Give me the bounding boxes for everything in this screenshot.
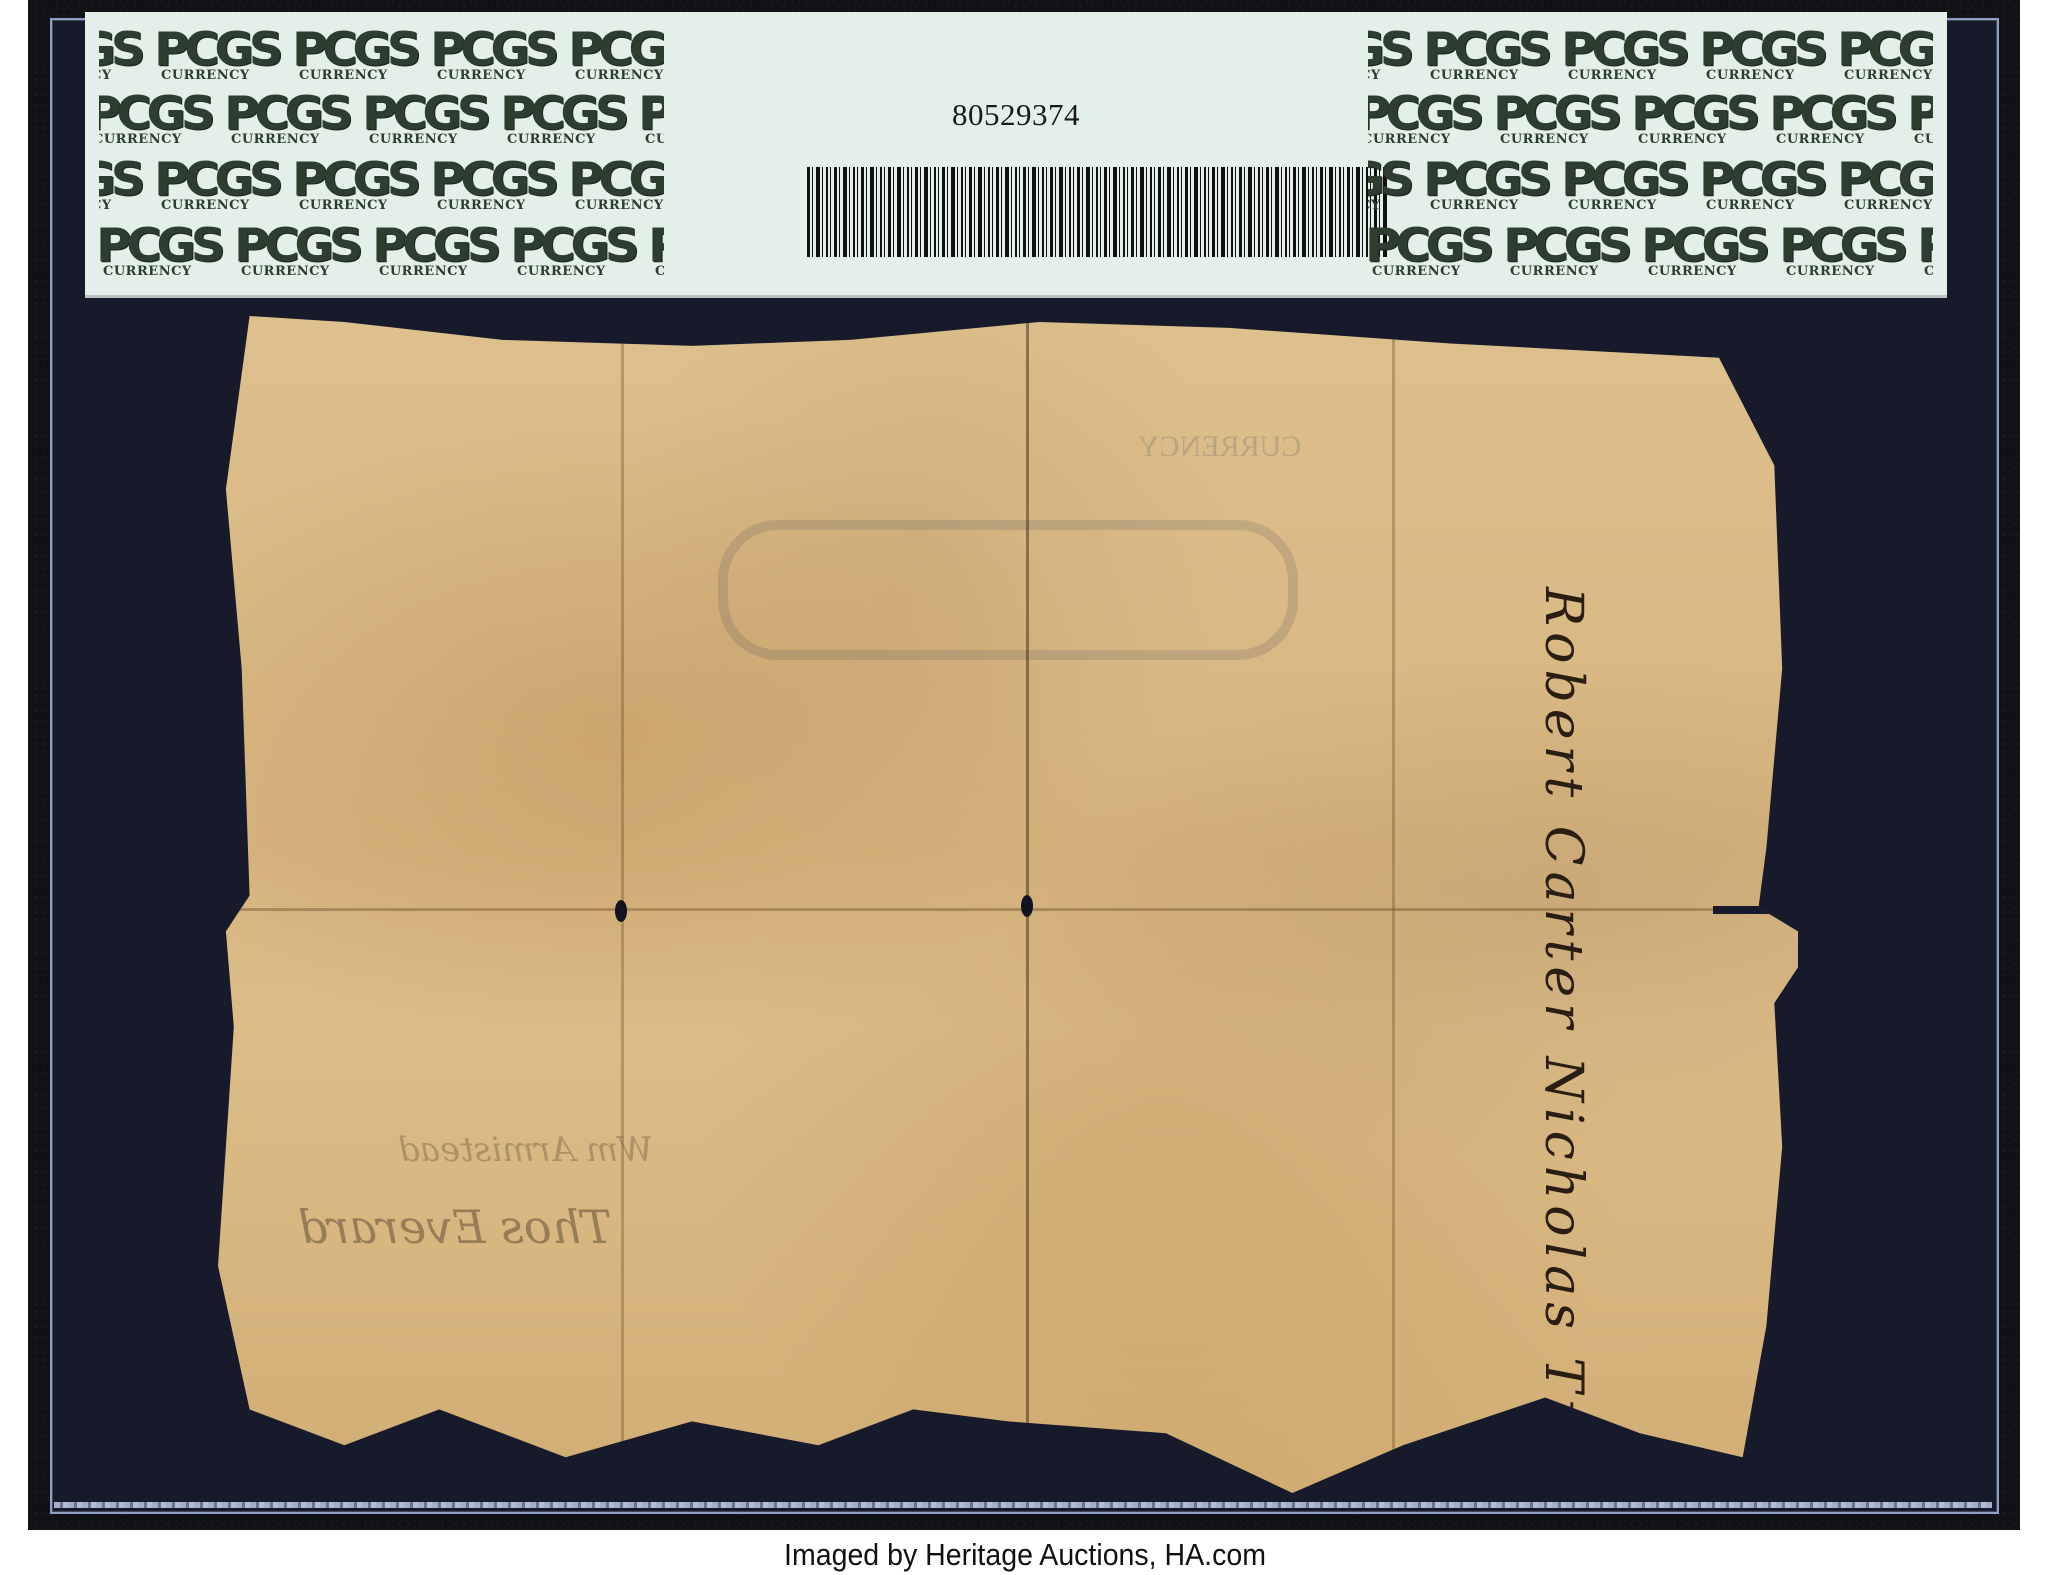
pcgs-logo: PCGSCURRENCY — [1564, 152, 1694, 218]
pcgs-logo: PCGSCURRENCY — [1426, 152, 1556, 218]
pcgs-logo: PCGSCURRENCY — [1910, 86, 1933, 152]
pcgs-logo: PCGSCURRENCY — [571, 152, 664, 218]
image-credit-caption: Imaged by Heritage Auctions, HA.com — [82, 1537, 1968, 1573]
fold-hole — [615, 900, 627, 922]
pcgs-logo: PCGSCURRENCY — [375, 218, 505, 282]
pcgs-logo: PCGSCURRENCY — [1496, 86, 1626, 152]
pcgs-logo: PCGSCURRENCY — [1564, 22, 1694, 88]
pcgs-logo: PCGSCURRENCY — [1772, 86, 1902, 152]
pcgs-logo: PCGSCURRENCY — [1368, 22, 1418, 88]
pcgs-logo: PCGSCURRENCY — [99, 22, 149, 88]
fold-hole — [1021, 895, 1033, 917]
pcgs-logo: PCGSCURRENCY — [651, 218, 664, 282]
pcgs-logo: PCGSCURRENCY — [157, 152, 287, 218]
pcgs-logo: PCGSCURRENCY — [1782, 218, 1912, 282]
pcgs-logo: PCGSCURRENCY — [1702, 22, 1832, 88]
pcgs-logo: PCGSCURRENCY — [1368, 152, 1418, 218]
slab-bottom-edge — [54, 1502, 1992, 1508]
vertical-fold — [1392, 310, 1395, 1505]
pcgs-logo: PCGSCURRENCY — [1840, 152, 1933, 218]
pcgs-logo: PCGSCURRENCY — [433, 22, 563, 88]
pcgs-logo: PCGSCURRENCY — [1506, 218, 1636, 282]
logo-pattern-left: PCGSCURRENCYPCGSCURRENCYPCGSCURRENCYPCGS… — [99, 22, 664, 282]
pcgs-logo: PCGSCURRENCY — [99, 152, 149, 218]
pcgs-logo: PCGSCURRENCY — [295, 152, 425, 218]
pcgs-logo: PCGSCURRENCY — [571, 22, 664, 88]
pcgs-logo: PCGSCURRENCY — [157, 22, 287, 88]
bleed-through-print: CURRENCY — [1138, 430, 1301, 464]
pcgs-logo: PCGSCURRENCY — [513, 218, 643, 282]
bleed-through-cartouche — [718, 520, 1298, 660]
pcgs-logo: PCGSCURRENCY — [99, 218, 229, 282]
pcgs-logo: PCGSCURRENCY — [1426, 22, 1556, 88]
pcgs-logo: PCGSCURRENCY — [1368, 86, 1488, 152]
pcgs-logo: PCGSCURRENCY — [1702, 152, 1832, 218]
pcgs-logo: PCGSCURRENCY — [1920, 218, 1933, 282]
banknote-back: CURRENCY Wm Armistead Thos Everard Rober… — [218, 310, 1798, 1505]
pcgs-logo: PCGSCURRENCY — [1368, 218, 1498, 282]
grading-label: PCGSCURRENCYPCGSCURRENCYPCGSCURRENCYPCGS… — [85, 12, 1947, 295]
pcgs-logo: PCGSCURRENCY — [237, 218, 367, 282]
pcgs-logo: PCGSCURRENCY — [1840, 22, 1933, 88]
pcgs-logo: PCGSCURRENCY — [433, 152, 563, 218]
barcode — [807, 167, 1387, 257]
pcgs-logo: PCGSCURRENCY — [1634, 86, 1764, 152]
pcgs-logo: PCGSCURRENCY — [1644, 218, 1774, 282]
bleed-through-signature: Wm Armistead — [398, 1130, 653, 1170]
pcgs-logo: PCGSCURRENCY — [295, 22, 425, 88]
bleed-through-signature: Thos Everard — [298, 1200, 612, 1254]
logo-pattern-right: PCGSCURRENCYPCGSCURRENCYPCGSCURRENCYPCGS… — [1368, 22, 1933, 282]
